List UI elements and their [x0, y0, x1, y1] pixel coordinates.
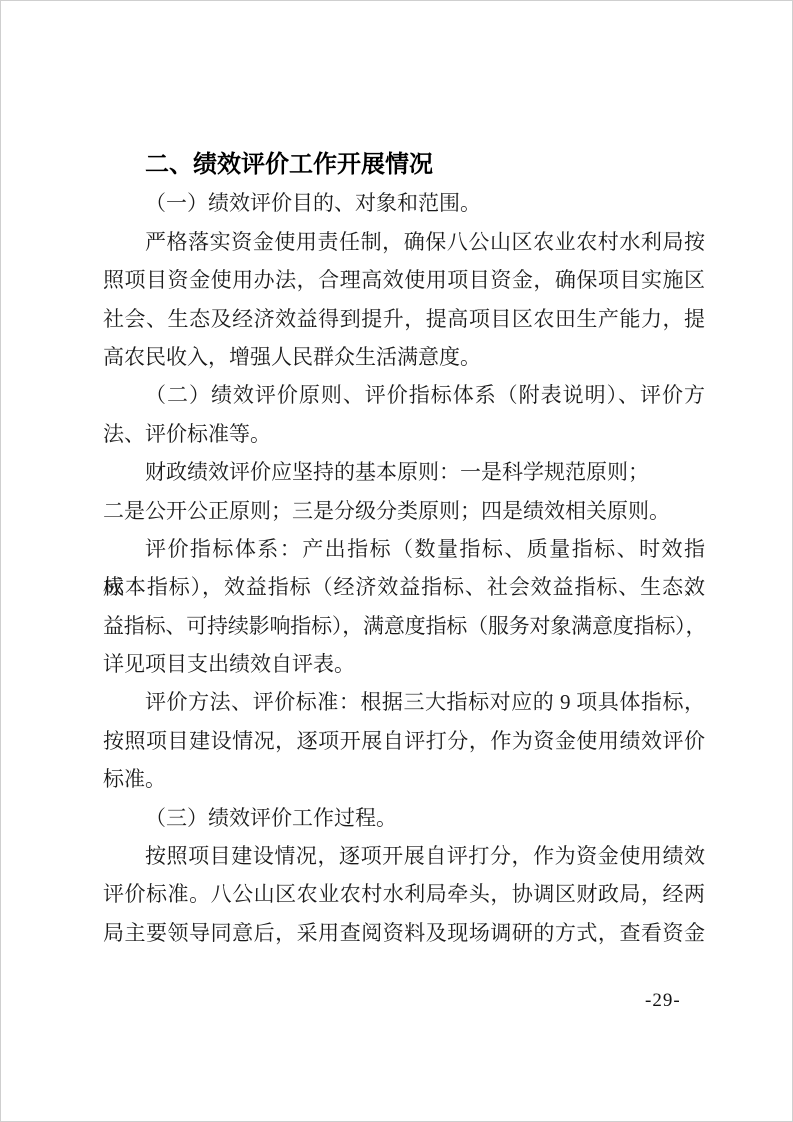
text-line: 成本指标），效益指标（经济效益指标、社会效益指标、生态效: [103, 568, 705, 606]
document-page: 二、绩效评价工作开展情况（一）绩效评价目的、对象和范围。严格落实资金使用责任制，…: [0, 0, 793, 1122]
text-line: 标准。: [103, 760, 705, 798]
text-line: 二是公开公正原则；三是分级分类原则；四是绩效相关原则。: [103, 492, 705, 530]
text-line: 高农民收入，增强人民群众生活满意度。: [103, 338, 705, 376]
text-line: 评价方法、评价标准：根据三大指标对应的 9 项具体指标，: [103, 683, 705, 721]
text-line: 严格落实资金使用责任制，确保八公山区农业农村水利局按: [103, 223, 705, 261]
text-line: 评价标准。八公山区农业农村水利局牵头，协调区财政局，经两: [103, 875, 705, 913]
text-line: 评价指标体系：产出指标（数量指标、质量指标、时效指标、: [103, 530, 705, 568]
text-line: 财政绩效评价应坚持的基本原则：一是科学规范原则；: [103, 453, 705, 491]
text-line: 益指标、可持续影响指标），满意度指标（服务对象满意度指标），: [103, 607, 705, 645]
text-line: 照项目资金使用办法，合理高效使用项目资金，确保项目实施区: [103, 261, 705, 299]
text-line: 按照项目建设情况，逐项开展自评打分，作为资金使用绩效评价: [103, 722, 705, 760]
text-line: 按照项目建设情况，逐项开展自评打分，作为资金使用绩效: [103, 837, 705, 875]
document-body: 二、绩效评价工作开展情况（一）绩效评价目的、对象和范围。严格落实资金使用责任制，…: [103, 146, 705, 952]
text-line: （二）绩效评价原则、评价指标体系（附表说明）、评价方: [103, 376, 705, 414]
text-line: 局主要领导同意后，采用查阅资料及现场调研的方式，查看资金: [103, 914, 705, 952]
text-line: 社会、生态及经济效益得到提升，提高项目区农田生产能力，提: [103, 300, 705, 338]
text-line: （三）绩效评价工作过程。: [103, 799, 705, 837]
page-number: -29-: [645, 990, 715, 1012]
section-heading: 二、绩效评价工作开展情况: [103, 146, 705, 184]
text-line: 法、评价标准等。: [103, 415, 705, 453]
text-line: （一）绩效评价目的、对象和范围。: [103, 184, 705, 222]
text-line: 详见项目支出绩效自评表。: [103, 645, 705, 683]
